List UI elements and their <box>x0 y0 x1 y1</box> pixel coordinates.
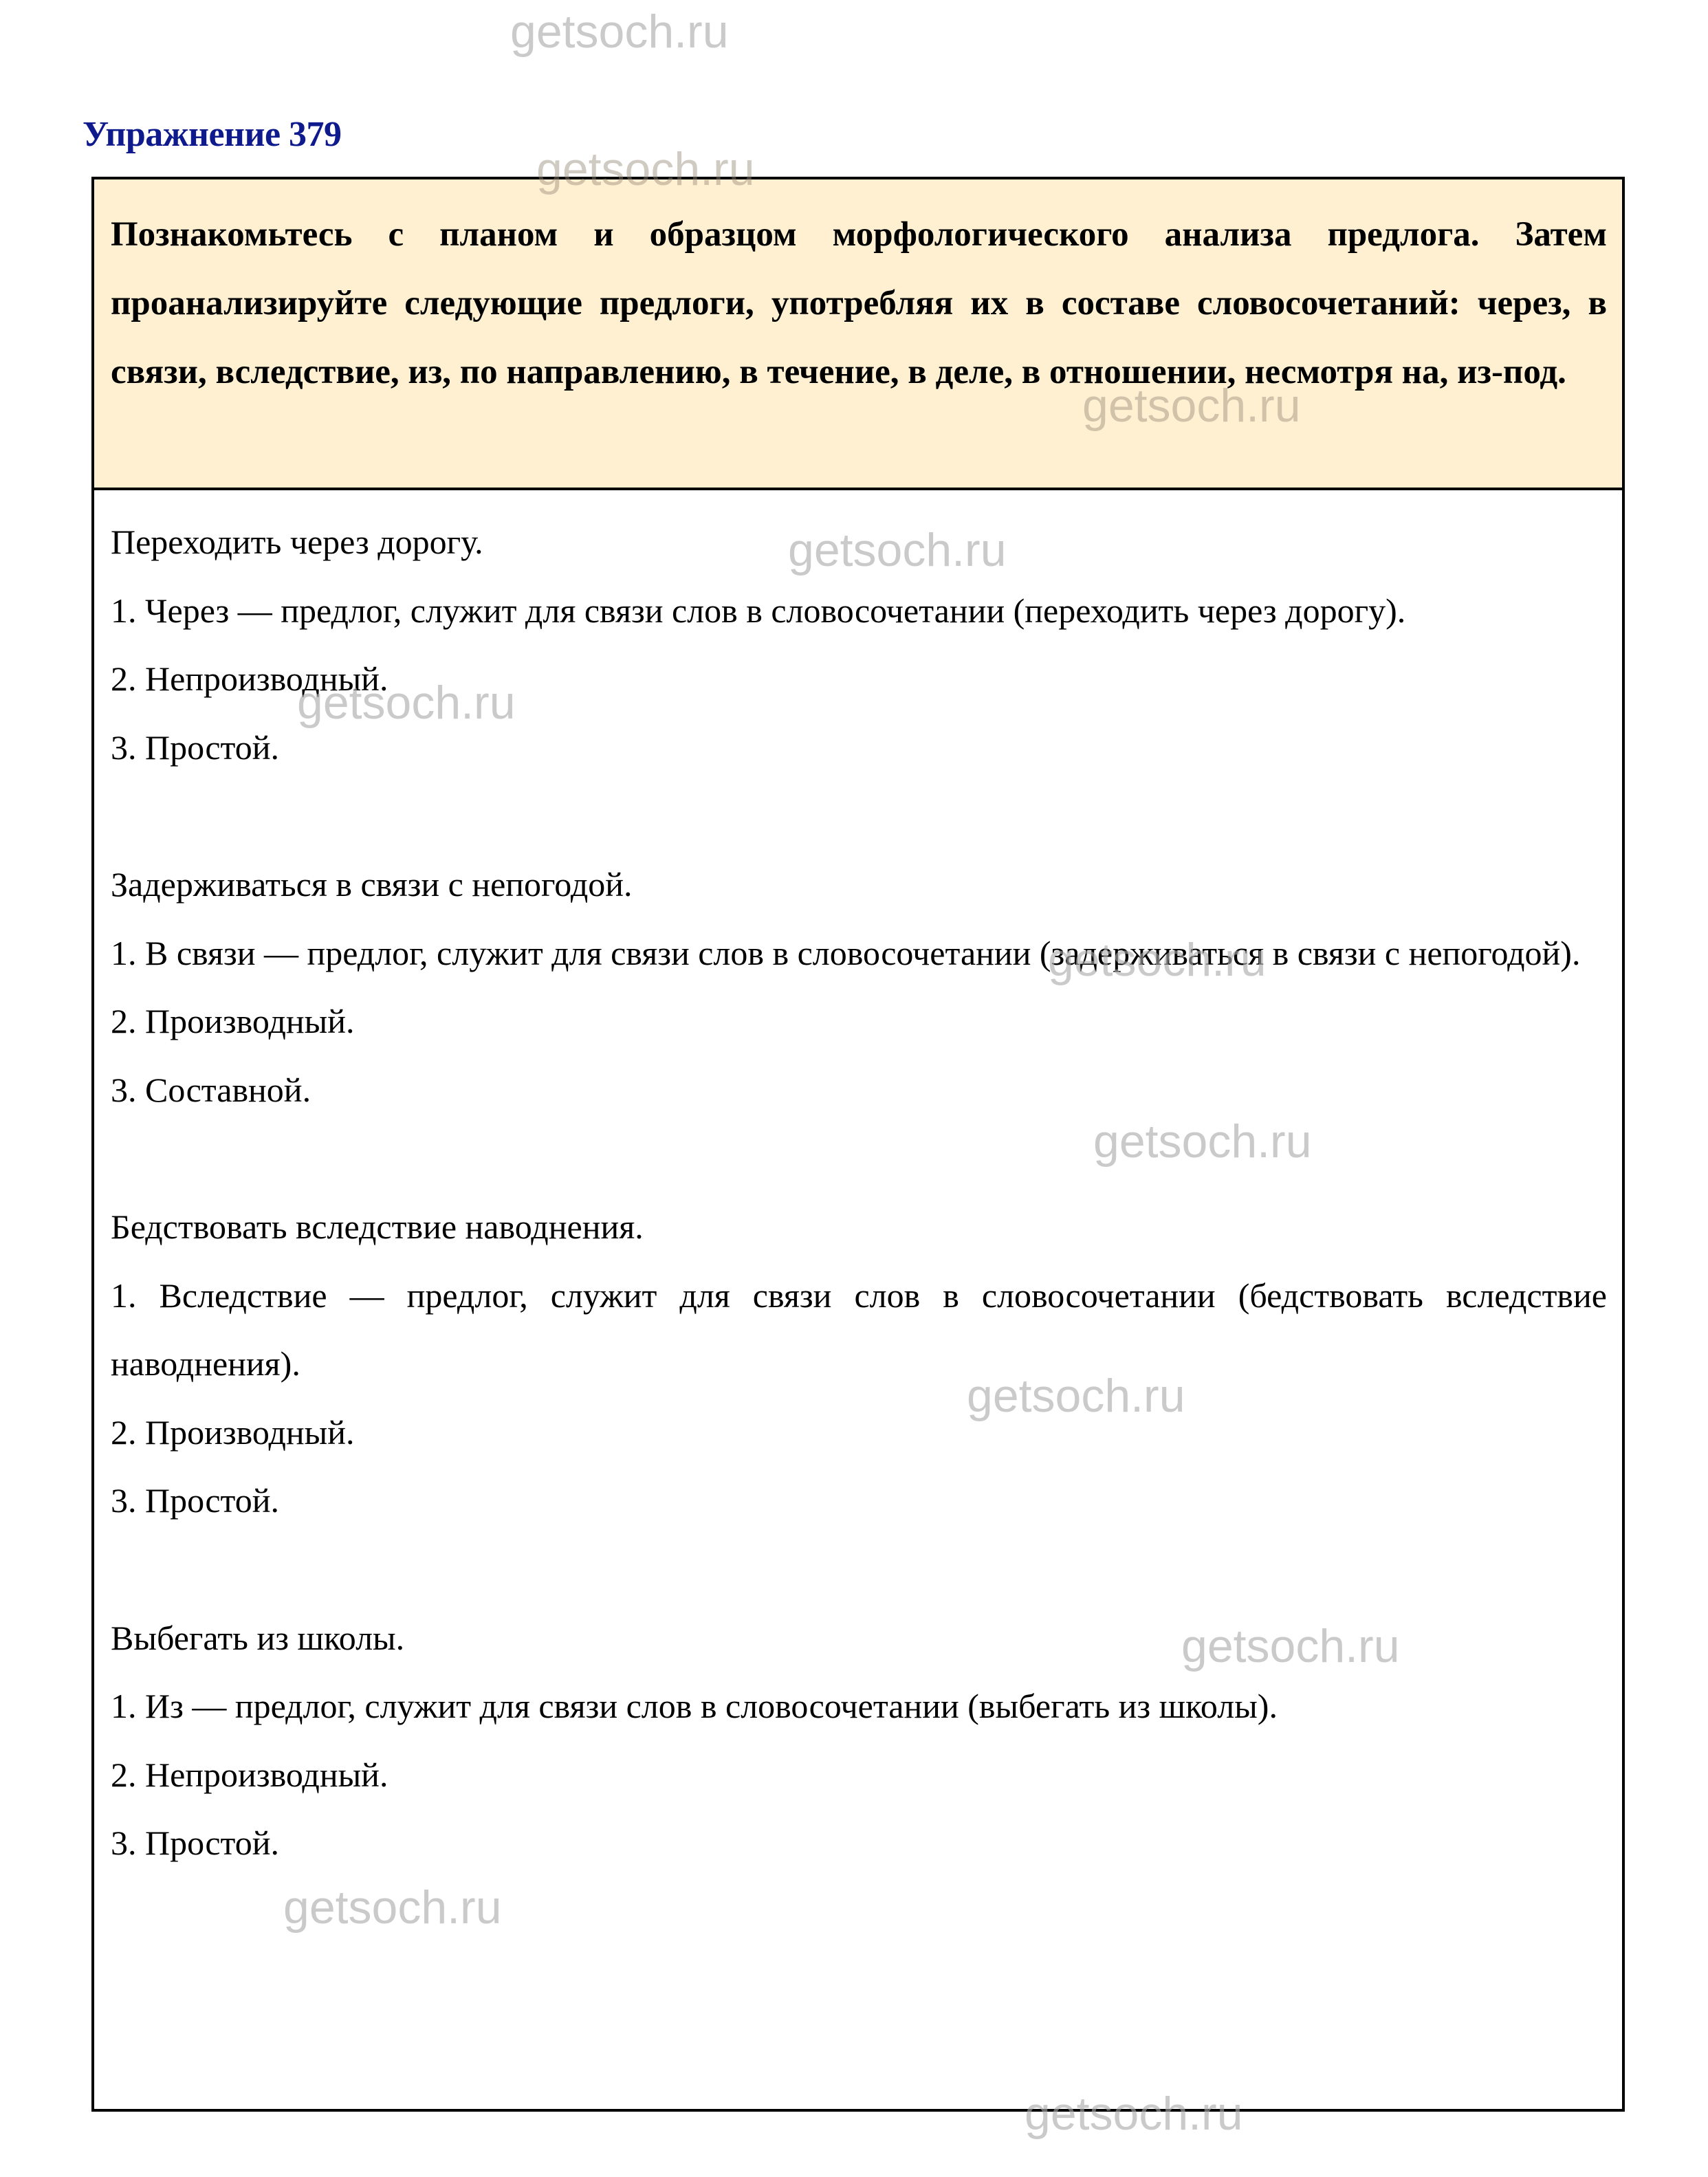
answer-block: Бедствовать вследствие наводнения. 1. Вс… <box>111 1193 1607 1535</box>
answer-phrase: Бедствовать вследствие наводнения. <box>111 1193 1607 1262</box>
exercise-box: Познакомьтесь с планом и образцом морфол… <box>91 177 1625 2112</box>
answer-item: 1. Через — предлог, служит для связи сло… <box>111 577 1607 646</box>
task-text: Познакомьтесь с планом и образцом морфол… <box>111 200 1607 406</box>
exercise-title: Упражнение 379 <box>83 109 342 161</box>
answer-item: 2. Непроизводный. <box>111 645 1607 714</box>
answer-phrase: Задерживаться в связи с непогодой. <box>111 851 1607 919</box>
answer-block: Переходить через дорогу. 1. Через — пред… <box>111 508 1607 782</box>
task-statement: Познакомьтесь с планом и образцом морфол… <box>94 179 1622 490</box>
answer-item: 2. Непроизводный. <box>111 1741 1607 1810</box>
answer-item: 3. Составной. <box>111 1056 1607 1125</box>
answer-section: Переходить через дорогу. 1. Через — пред… <box>111 508 1607 1878</box>
answer-item: 2. Производный. <box>111 987 1607 1056</box>
spacer <box>111 1124 1607 1193</box>
answer-item: 2. Производный. <box>111 1399 1607 1467</box>
answer-item: 3. Простой. <box>111 1467 1607 1535</box>
answer-item: 3. Простой. <box>111 1809 1607 1878</box>
spacer <box>111 1535 1607 1604</box>
watermark: getsoch.ru <box>510 8 729 55</box>
answer-item: 1. В связи — предлог, служит для связи с… <box>111 919 1607 988</box>
spacer <box>111 782 1607 851</box>
answer-phrase: Переходить через дорогу. <box>111 508 1607 577</box>
answer-phrase: Выбегать из школы. <box>111 1604 1607 1673</box>
answer-block: Задерживаться в связи с непогодой. 1. В … <box>111 851 1607 1124</box>
answer-block: Выбегать из школы. 1. Из — предлог, служ… <box>111 1604 1607 1878</box>
answer-item: 1. Из — предлог, служит для связи слов в… <box>111 1672 1607 1741</box>
answer-item: 1. Вследствие — предлог, служит для связ… <box>111 1262 1607 1399</box>
answer-item: 3. Простой. <box>111 714 1607 783</box>
